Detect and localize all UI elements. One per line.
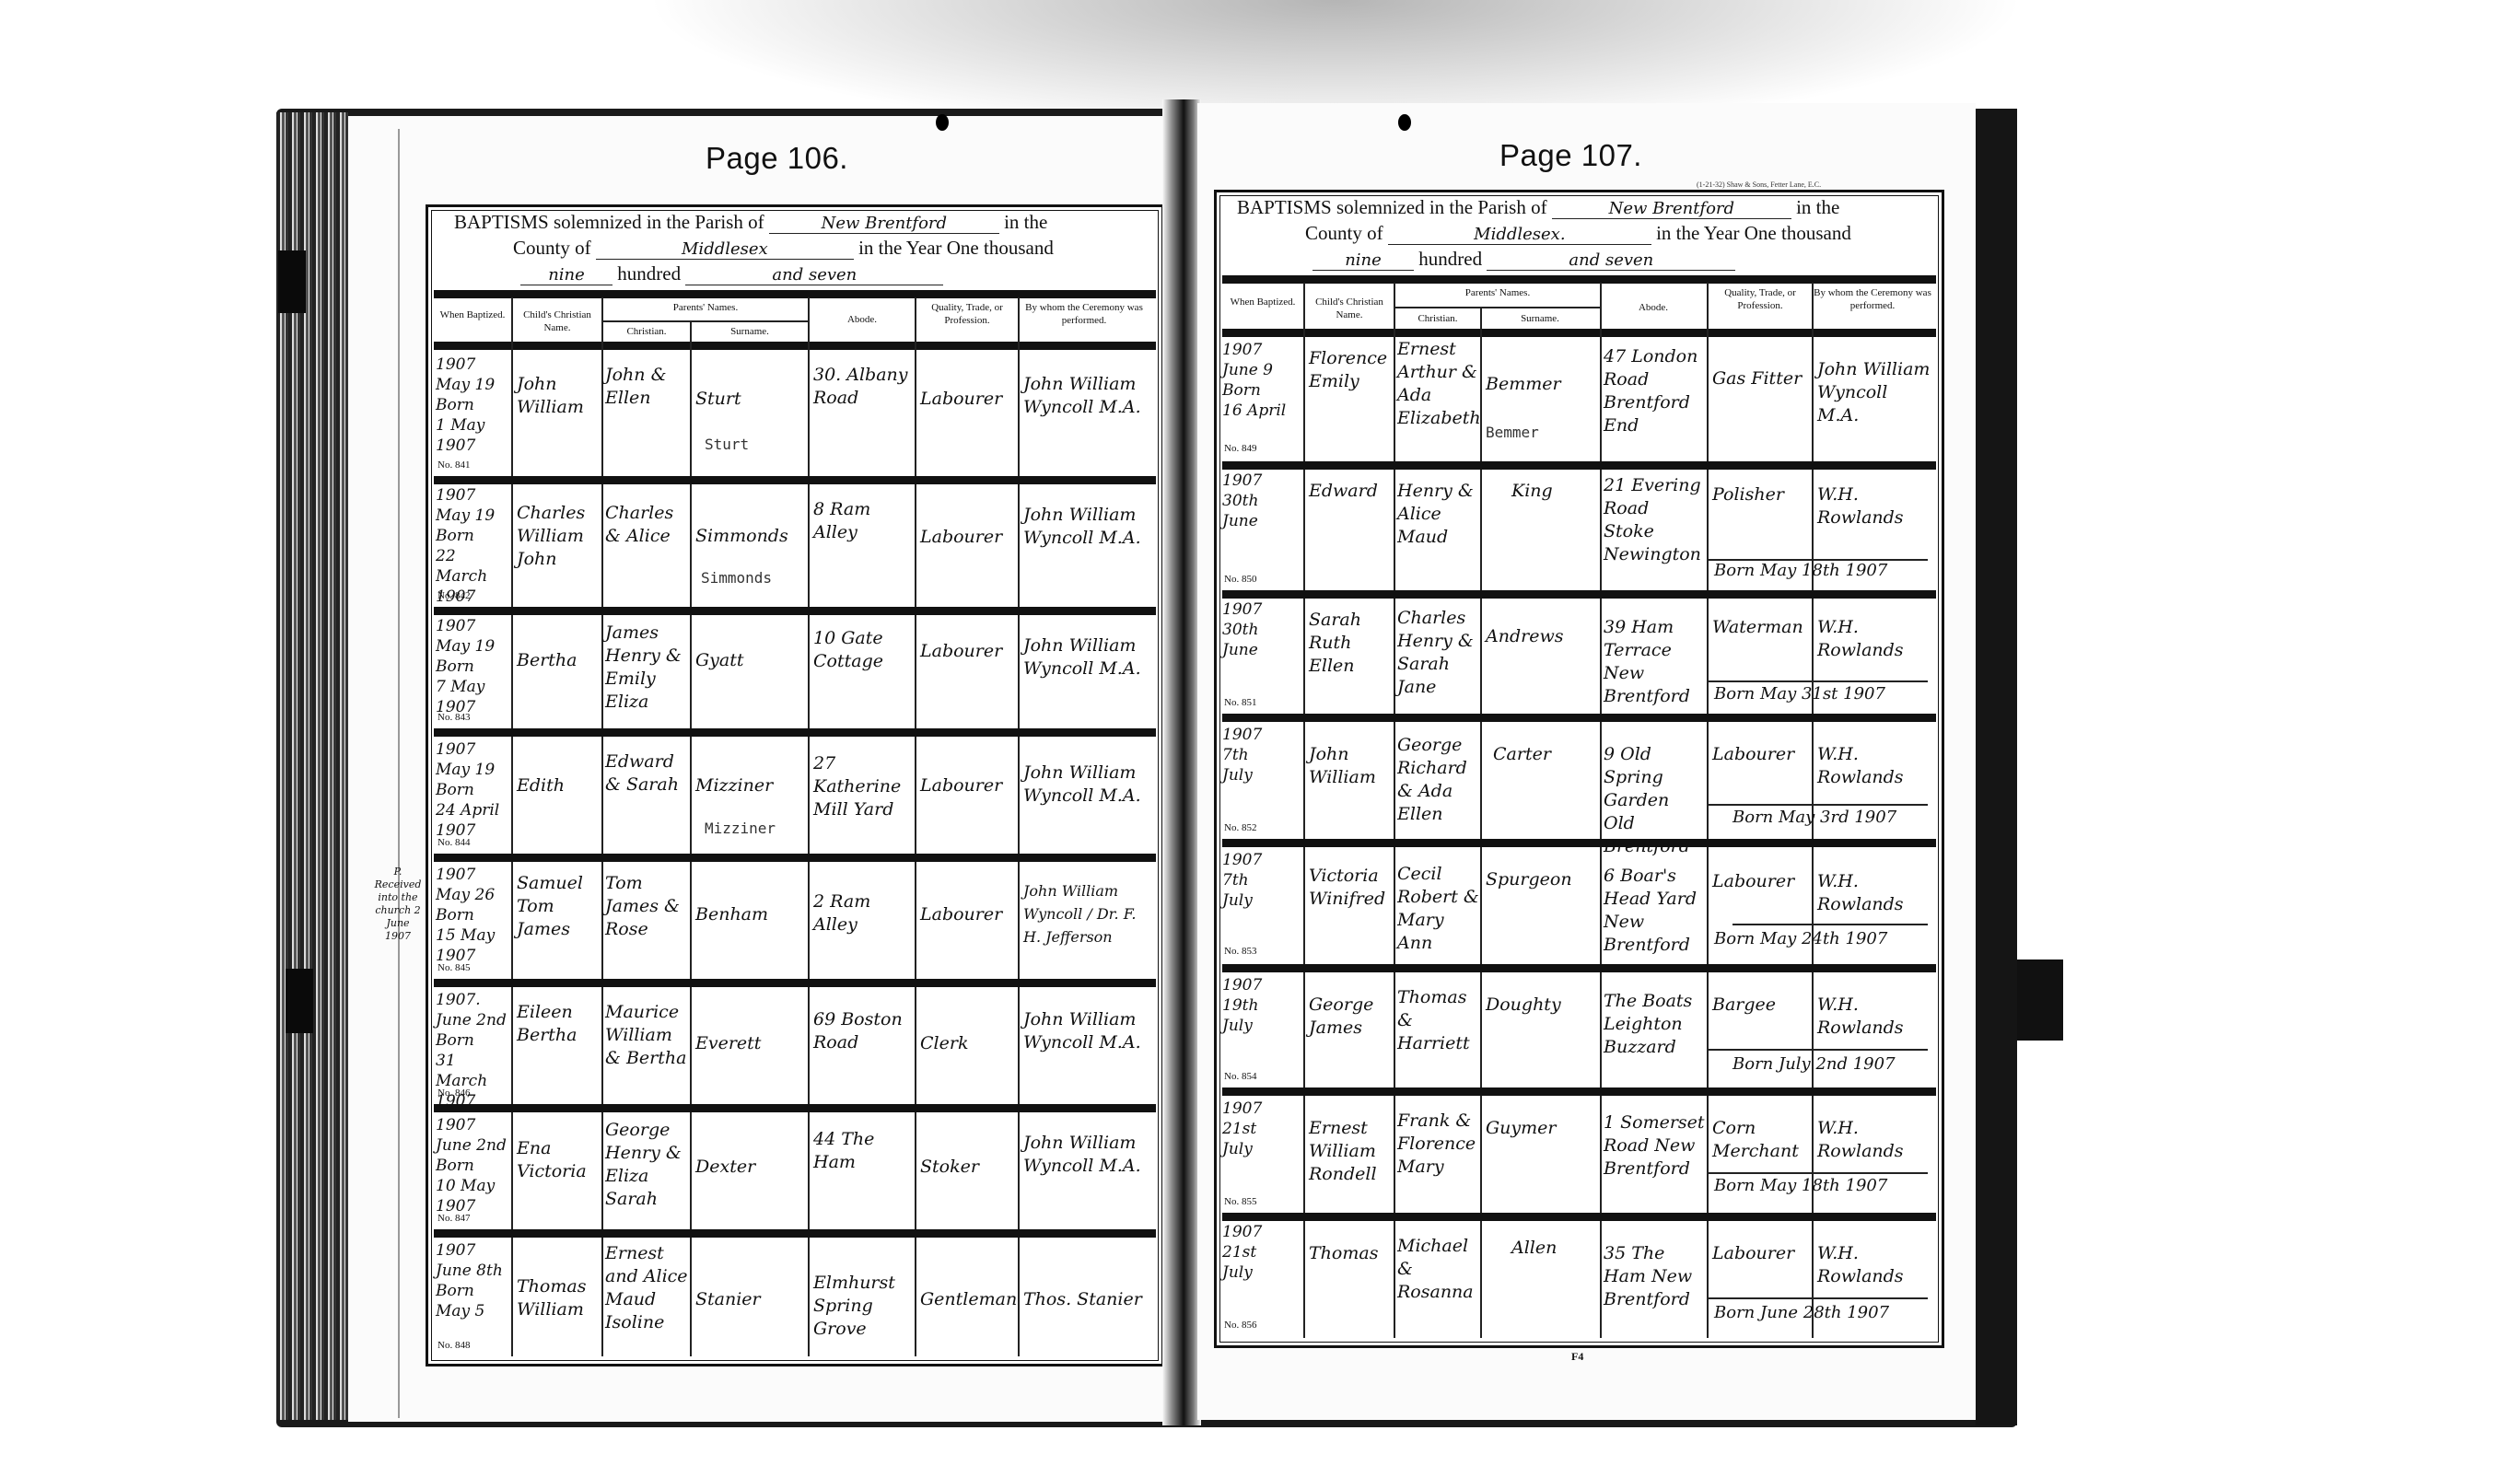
entry-surname: Dexter <box>695 1156 806 1179</box>
entry-child-name: Samuel Tom James <box>517 872 600 941</box>
born-note: Born May 3rd 1907 <box>1732 808 1896 827</box>
entry-parent-christian: John & Ellen <box>605 364 688 410</box>
entry-child-name: Edith <box>517 774 600 797</box>
entry-surname: Mizziner <box>695 774 806 797</box>
col-head-parent-christian: Christian. <box>603 325 690 338</box>
margin-note: P. Received into the church 2 June 1907 <box>372 866 424 943</box>
entry-when: 1907June 9Born16 April <box>1222 340 1301 421</box>
entry-quality: Polisher <box>1712 483 1810 506</box>
row-rule <box>1222 839 1936 847</box>
entry-when: 1907June 8thBornMay 5 <box>436 1240 511 1321</box>
register-table-left: BAPTISMS solemnized in the Parish of New… <box>426 204 1164 1367</box>
entry-surname: King <box>1511 480 1594 503</box>
entry-number: No. 847 <box>437 1213 470 1224</box>
entry-abode: 21 Evering Road Stoke Newington <box>1604 474 1705 566</box>
entry-parent-christian: Maurice William & Bertha <box>605 1001 688 1070</box>
entry-parent-christian: Ernest and Alice Maud Isoline <box>605 1242 688 1334</box>
entry-surname: Allen <box>1511 1237 1594 1260</box>
entry-child-name: Victoria Winifred <box>1309 865 1392 911</box>
col-head-abode: Abode. <box>1602 301 1705 314</box>
col-head-by-whom: By whom the Ceremony was performed. <box>1020 301 1149 327</box>
back-cover <box>1976 109 2017 1425</box>
entry-number: No. 849 <box>1224 443 1256 454</box>
entry-quality: Labourer <box>920 388 1016 411</box>
entry-quality: Gentleman <box>920 1288 1016 1311</box>
entry-abode: 35 The Ham New Brentford <box>1604 1242 1705 1311</box>
entry-abode: 10 Gate Cottage <box>813 627 913 673</box>
year-rest-value: and seven <box>1487 250 1735 271</box>
col-head-parent-surname: Surname. <box>692 325 808 338</box>
entry-by-whom: Thos. Stanier <box>1023 1288 1149 1311</box>
entry-when: 190721stJuly <box>1222 1222 1301 1283</box>
entry-child-name: Charles William John <box>517 502 600 571</box>
row-rule <box>434 1229 1156 1238</box>
index-tab <box>286 969 313 1033</box>
entry-number: No. 843 <box>437 712 470 723</box>
entry-quality: Bargee <box>1712 994 1810 1017</box>
parents-divider <box>603 320 810 322</box>
entry-surname: Bemmer <box>1486 373 1596 396</box>
col-head-quality: Quality, Trade, or Profession. <box>916 301 1018 327</box>
binding-hole <box>1398 114 1411 131</box>
entry-surname: Guymer <box>1486 1117 1596 1140</box>
header-year-label: in the Year One thousand <box>858 237 1054 259</box>
entry-when: 19077thJuly <box>1222 725 1301 785</box>
entry-child-name: Eileen Bertha <box>517 1001 600 1047</box>
row-rule <box>1222 964 1936 972</box>
entry-abode: 69 Boston Road <box>813 1008 913 1054</box>
born-note-rule <box>1707 1049 1928 1051</box>
entry-surname-note: Mizziner <box>705 817 776 840</box>
entry-when: 1907June 2ndBorn10 May 1907 <box>436 1115 511 1216</box>
born-note-rule <box>1707 804 1928 806</box>
born-note: Born July 2nd 1907 <box>1732 1054 1896 1074</box>
row-rule <box>1222 1213 1936 1221</box>
entry-parent-christian: Ernest Arthur & Ada Elizabeth <box>1397 338 1480 430</box>
row-rule <box>434 607 1156 615</box>
col-rule <box>1394 283 1395 1338</box>
row-rule <box>434 728 1156 737</box>
header-in-the: in the <box>1796 196 1839 218</box>
entry-when: 1907 30thJune <box>1222 471 1301 531</box>
entry-parent-christian: James Henry & Emily Eliza <box>605 622 688 714</box>
entry-number: No. 856 <box>1224 1320 1256 1331</box>
col-head-child: Child's Christian Name. <box>1305 296 1394 321</box>
entry-quality: Labourer <box>920 903 1016 926</box>
col-rule <box>601 297 603 1356</box>
entry-child-name: Bertha <box>517 649 600 672</box>
header-hundred-label: hundred <box>1418 248 1482 270</box>
entry-number: No. 855 <box>1224 1196 1256 1207</box>
entry-surname: Gyatt <box>695 649 806 672</box>
entry-number: No. 844 <box>437 837 470 848</box>
parish-value: New Brentford <box>1552 199 1791 219</box>
entry-abode: 47 London Road Brentford End <box>1604 345 1705 437</box>
entry-when: 190719thJuly <box>1222 975 1301 1036</box>
entry-number: No. 845 <box>437 962 470 973</box>
parish-value: New Brentford <box>769 214 999 234</box>
register-header: BAPTISMS solemnized in the Parish of New… <box>1217 192 1942 281</box>
entry-by-whom: W.H. Rowlands <box>1817 1117 1931 1163</box>
page-margin-rule <box>398 129 400 1418</box>
entry-number: No. 848 <box>437 1340 470 1351</box>
entry-quality: Stoker <box>920 1156 1016 1179</box>
col-head-by-whom: By whom the Ceremony was performed. <box>1814 286 1931 312</box>
binding-hole <box>936 114 949 131</box>
entry-surname-note: Bemmer <box>1486 421 1539 444</box>
entry-surname: Benham <box>695 903 806 926</box>
col-rule <box>511 297 513 1356</box>
entry-surname: Spurgeon <box>1486 868 1596 891</box>
entry-number: No. 850 <box>1224 574 1256 585</box>
entry-by-whom: W.H. Rowlands <box>1817 616 1931 662</box>
row-rule <box>434 854 1156 862</box>
register-table-right: BAPTISMS solemnized in the Parish of New… <box>1214 190 1944 1348</box>
row-rule <box>1222 714 1936 722</box>
row-rule <box>1222 461 1936 470</box>
born-note: Born May 24th 1907 <box>1714 929 1887 948</box>
entry-surname-note: Simmonds <box>701 566 772 589</box>
header-in-the: in the <box>1004 211 1047 233</box>
entry-when: 1907May 19Born24 April 1907 <box>436 739 511 841</box>
born-note: Born May 31st 1907 <box>1714 684 1885 704</box>
entry-child-name: Thomas <box>1309 1242 1392 1265</box>
entry-parent-christian: Cecil Robert & Mary Ann <box>1397 863 1480 955</box>
col-rule <box>1707 283 1709 1338</box>
entry-when: 1907May 26Born15 May 1907 <box>436 865 511 966</box>
entry-abode: Elmhurst Spring Grove <box>813 1272 913 1341</box>
book-gutter <box>1162 99 1201 1425</box>
entry-child-name: John William <box>517 373 600 419</box>
entry-quality: Labourer <box>920 640 1016 663</box>
entry-abode: 1 Somerset Road New Brentford <box>1604 1111 1705 1180</box>
entry-child-name: Thomas William <box>517 1275 600 1321</box>
col-head-parent-christian: Christian. <box>1395 312 1480 325</box>
entry-by-whom: John William Wyncoll M.A. <box>1023 373 1149 419</box>
header-county-label: County of <box>1305 222 1383 244</box>
rule <box>1222 329 1936 337</box>
entry-surname: Sturt <box>695 388 806 411</box>
col-head-parents: Parents' Names. <box>603 301 808 314</box>
entry-parent-christian: Tom James & Rose <box>605 872 688 941</box>
signature-mark: F4 <box>1571 1350 1583 1364</box>
entry-parent-christian: Charles Henry & Sarah Jane <box>1397 607 1480 699</box>
county-value: Middlesex. <box>1388 225 1651 245</box>
header-parish-label: BAPTISMS solemnized in the Parish of <box>1237 196 1547 218</box>
entry-parent-christian: Charles & Alice <box>605 502 688 548</box>
col-head-child: Child's Christian Name. <box>513 308 601 334</box>
header-hundred-label: hundred <box>617 262 681 285</box>
header-county-label: County of <box>513 237 591 259</box>
entry-quality: Labourer <box>920 774 1016 797</box>
col-rule <box>915 297 916 1356</box>
entry-child-name: Ena Victoria <box>517 1137 600 1183</box>
row-rule <box>1222 590 1936 599</box>
entry-abode: 30. Albany Road <box>813 364 913 410</box>
col-head-when: When Baptized. <box>1222 296 1303 308</box>
born-note: Born May 18th 1907 <box>1714 561 1887 580</box>
entry-child-name: Florence Emily <box>1309 347 1392 393</box>
entry-quality: Clerk <box>920 1032 1016 1055</box>
index-tab <box>278 250 306 313</box>
entry-surname: Simmonds <box>695 525 806 548</box>
entry-by-whom: John William Wyncoll / Dr. F. H. Jeffers… <box>1023 879 1149 948</box>
entry-number: No. 841 <box>437 459 470 471</box>
entry-by-whom: W.H. Rowlands <box>1817 1242 1931 1288</box>
born-note-rule <box>1707 680 1928 682</box>
entry-by-whom: W.H. Rowlands <box>1817 994 1931 1040</box>
page-title-right: Page 107. <box>1499 138 1642 173</box>
col-rule <box>1303 283 1305 1338</box>
rule <box>434 342 1156 350</box>
entry-child-name: Ernest William Rondell <box>1309 1117 1392 1186</box>
entry-quality: Labourer <box>920 526 1016 549</box>
parents-divider <box>1395 307 1602 308</box>
entry-parent-christian: Edward & Sarah <box>605 750 688 797</box>
entry-when: 1907May 19Born1 May 1907 <box>436 355 511 456</box>
header-parish-label: BAPTISMS solemnized in the Parish of <box>454 211 764 233</box>
born-note: Born May 18th 1907 <box>1714 1176 1887 1195</box>
entry-by-whom: John William Wyncoll M.A. <box>1023 1132 1149 1178</box>
entry-parent-christian: Frank & Florence Mary <box>1397 1110 1480 1179</box>
col-head-abode: Abode. <box>810 313 915 326</box>
entry-when: 190730thJune <box>1222 599 1301 660</box>
row-rule <box>434 979 1156 987</box>
entry-when: 1907May 19Born7 May 1907 <box>436 616 511 717</box>
year-rest-value: and seven <box>685 265 943 285</box>
entry-when: 1907May 19Born22 March 1907 <box>436 485 511 607</box>
entry-by-whom: John William Wyncoll M.A. <box>1023 1008 1149 1054</box>
col-rule <box>1600 283 1602 1338</box>
col-head-parents: Parents' Names. <box>1395 286 1600 299</box>
entry-surname: Andrews <box>1486 625 1596 648</box>
entry-surname-note: Sturt <box>705 433 749 456</box>
entry-by-whom: John William Wyncoll M.A. <box>1023 762 1149 808</box>
born-note: Born June 28th 1907 <box>1714 1303 1889 1322</box>
entry-by-whom: John William Wyncoll M.A. <box>1023 634 1149 680</box>
entry-abode: 2 Ram Alley <box>813 890 913 936</box>
entry-quality: Corn Merchant <box>1712 1117 1810 1163</box>
entry-parent-christian: Henry & Alice Maud <box>1397 480 1480 549</box>
entry-number: No. 842 <box>437 590 470 601</box>
entry-by-whom: W.H. Rowlands <box>1817 483 1931 529</box>
entry-parent-christian: George Henry & Eliza Sarah <box>605 1119 688 1211</box>
entry-quality: Waterman <box>1712 616 1810 639</box>
entry-surname: Doughty <box>1486 994 1596 1017</box>
rule <box>1222 275 1936 284</box>
entry-abode: 6 Boar's Head Yard New Brentford <box>1604 865 1705 957</box>
entry-abode: 39 Ham Terrace New Brentford <box>1604 616 1705 708</box>
entry-child-name: Sarah Ruth Ellen <box>1309 609 1392 678</box>
entry-quality: Labourer <box>1712 870 1810 893</box>
entry-parent-christian: Michael & Rosanna <box>1397 1235 1480 1304</box>
entry-number: No. 852 <box>1224 822 1256 833</box>
row-rule <box>1222 1087 1936 1096</box>
entry-abode: 44 The Ham <box>813 1128 913 1174</box>
entry-abode: 27 Katherine Mill Yard <box>813 752 913 821</box>
county-value: Middlesex <box>596 239 854 260</box>
entry-number: No. 854 <box>1224 1071 1256 1082</box>
page-title-left: Page 106. <box>706 141 848 176</box>
entry-surname: Carter <box>1493 743 1594 766</box>
born-note-rule <box>1707 1172 1928 1174</box>
col-head-when: When Baptized. <box>434 308 511 321</box>
header-year-label: in the Year One thousand <box>1656 222 1851 244</box>
entry-number: No. 853 <box>1224 946 1256 957</box>
entry-quality: Labourer <box>1712 1242 1810 1265</box>
entry-number: No. 851 <box>1224 697 1256 708</box>
entry-parent-christian: Thomas & Harriett <box>1397 986 1480 1055</box>
entry-number: No. 846 <box>437 1087 470 1099</box>
row-rule <box>434 1104 1156 1112</box>
col-rule <box>808 297 810 1356</box>
entry-by-whom: W.H. Rowlands <box>1817 870 1931 916</box>
entry-quality: Labourer <box>1712 743 1810 766</box>
year-hundreds-value: nine <box>1312 250 1414 271</box>
col-head-quality: Quality, Trade, or Profession. <box>1709 286 1812 312</box>
born-note-rule <box>1707 1297 1928 1299</box>
rule <box>434 290 1156 298</box>
index-tab <box>2017 959 2063 1041</box>
entry-surname: Stanier <box>695 1288 806 1311</box>
entry-child-name: Edward <box>1309 480 1392 503</box>
entry-child-name: John William <box>1309 743 1392 789</box>
row-rule <box>434 476 1156 484</box>
entry-by-whom: W.H. Rowlands <box>1817 743 1931 789</box>
col-rule <box>1018 297 1020 1356</box>
printer-note: (1-21-32) Shaw & Sons, Fetter Lane, E.C. <box>1697 180 1821 189</box>
entry-abode: The Boats Leighton Buzzard <box>1604 990 1705 1059</box>
entry-by-whom: John William Wyncoll M.A. <box>1023 504 1149 550</box>
entry-when: 190721stJuly <box>1222 1099 1301 1159</box>
entry-abode: 9 Old Spring Garden Old Brentford <box>1604 743 1705 858</box>
entry-abode: 8 Ram Alley <box>813 498 913 544</box>
col-head-parent-surname: Surname. <box>1482 312 1598 325</box>
entry-child-name: George James <box>1309 994 1392 1040</box>
year-hundreds-value: nine <box>520 265 612 285</box>
entry-by-whom: John William Wyncoll M.A. <box>1817 358 1931 427</box>
born-note-rule <box>1732 924 1928 925</box>
entry-parent-christian: George Richard & Ada Ellen <box>1397 734 1480 826</box>
entry-quality: Gas Fitter <box>1712 367 1810 390</box>
entry-when: 19077thJuly <box>1222 850 1301 911</box>
register-header: BAPTISMS solemnized in the Parish of New… <box>428 207 1161 296</box>
entry-surname: Everett <box>695 1032 806 1055</box>
